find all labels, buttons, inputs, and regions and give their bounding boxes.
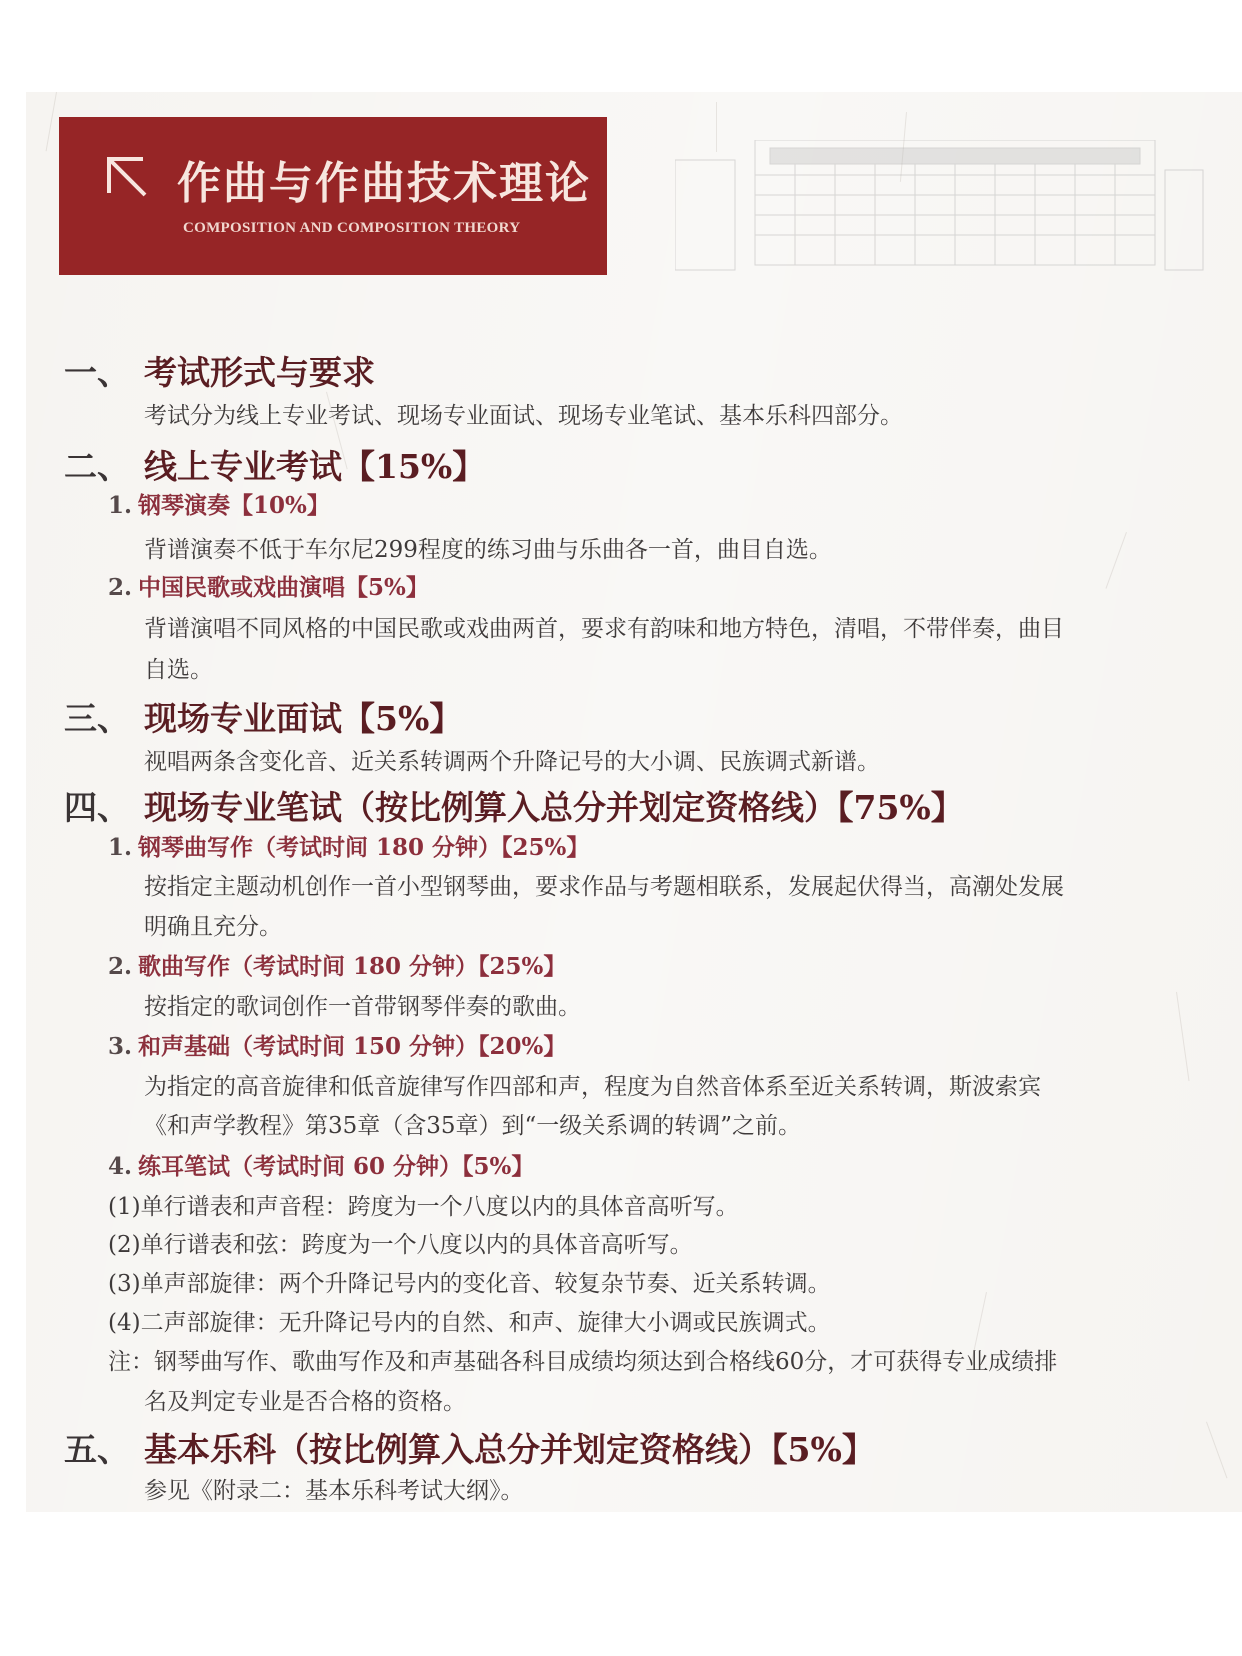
section-heading-1: 一、考试形式与要求 — [64, 347, 375, 394]
section-banner: 作曲与作曲技术理论 COMPOSITION AND COMPOSITION TH… — [59, 117, 607, 275]
building-watermark — [675, 140, 1205, 275]
subsection-body: 《和声学教程》第35章（含35章）到“一级关系调的转调”之前。 — [144, 1107, 801, 1140]
ear-training-item: (3)单声部旋律：两个升降记号内的变化音、较复杂节奏、近关系转调。 — [108, 1265, 831, 1298]
section-heading-3: 三、现场专业面试【5%】 — [64, 693, 462, 740]
subsection-heading: 3.和声基础（考试时间 150 分钟）【20%】 — [108, 1028, 566, 1061]
section-heading-5: 五、基本乐科（按比例算入总分并划定资格线）【5%】 — [64, 1424, 875, 1471]
note-text: 注：钢琴曲写作、歌曲写作及和声基础各科目成绩均须达到合格线60分，才可获得专业成… — [108, 1343, 1057, 1376]
subsection-body: 明确且充分。 — [144, 908, 282, 941]
subsection-body: 背谱演唱不同风格的中国民歌或戏曲两首，要求有韵味和地方特色，清唱，不带伴奏，曲目 — [144, 610, 1064, 643]
subsection-heading: 4.练耳笔试（考试时间 60 分钟）【5%】 — [108, 1148, 534, 1181]
ear-training-item: (4)二声部旋律：无升降记号内的自然、和声、旋律大小调或民族调式。 — [108, 1304, 831, 1337]
banner-title: 作曲与作曲技术理论 — [177, 147, 591, 211]
subsection-body: 按指定主题动机创作一首小型钢琴曲，要求作品与考题相联系，发展起伏得当，高潮处发展 — [144, 868, 1064, 901]
subsection-body: 为指定的高音旋律和低音旋律写作四部和声，程度为自然音体系至近关系转调，斯波索宾 — [144, 1068, 1041, 1101]
subsection-body: 自选。 — [144, 651, 213, 684]
section-heading-4: 四、现场专业笔试（按比例算入总分并划定资格线）【75%】 — [64, 782, 964, 829]
ear-training-item: (1)单行谱表和声音程：跨度为一个八度以内的具体音高听写。 — [108, 1188, 739, 1221]
ear-training-item: (2)单行谱表和弦：跨度为一个八度以内的具体音高听写。 — [108, 1226, 693, 1259]
subsection-heading: 2.中国民歌或戏曲演唱【5%】 — [108, 569, 429, 602]
arrow-up-left-icon — [103, 153, 151, 201]
section-1-body: 考试分为线上专业考试、现场专业面试、现场专业笔试、基本乐科四部分。 — [144, 397, 903, 430]
subsection-heading: 2.歌曲写作（考试时间 180 分钟）【25%】 — [108, 948, 566, 981]
subsection-body: 背谱演奏不低于车尔尼299程度的练习曲与乐曲各一首，曲目自选。 — [144, 531, 832, 564]
section-heading-2: 二、线上专业考试【15%】 — [64, 441, 485, 488]
note-text: 名及判定专业是否合格的资格。 — [144, 1383, 466, 1416]
subsection-heading: 1.钢琴演奏【10%】 — [108, 487, 330, 520]
section-3-body: 视唱两条含变化音、近关系转调两个升降记号的大小调、民族调式新谱。 — [144, 743, 880, 776]
banner-subtitle: COMPOSITION AND COMPOSITION THEORY — [183, 220, 520, 237]
subsection-body: 按指定的歌词创作一首带钢琴伴奏的歌曲。 — [144, 988, 581, 1021]
subsection-heading: 1.钢琴曲写作（考试时间 180 分钟）【25%】 — [108, 829, 589, 862]
section-5-body: 参见《附录二：基本乐科考试大纲》。 — [144, 1472, 524, 1505]
